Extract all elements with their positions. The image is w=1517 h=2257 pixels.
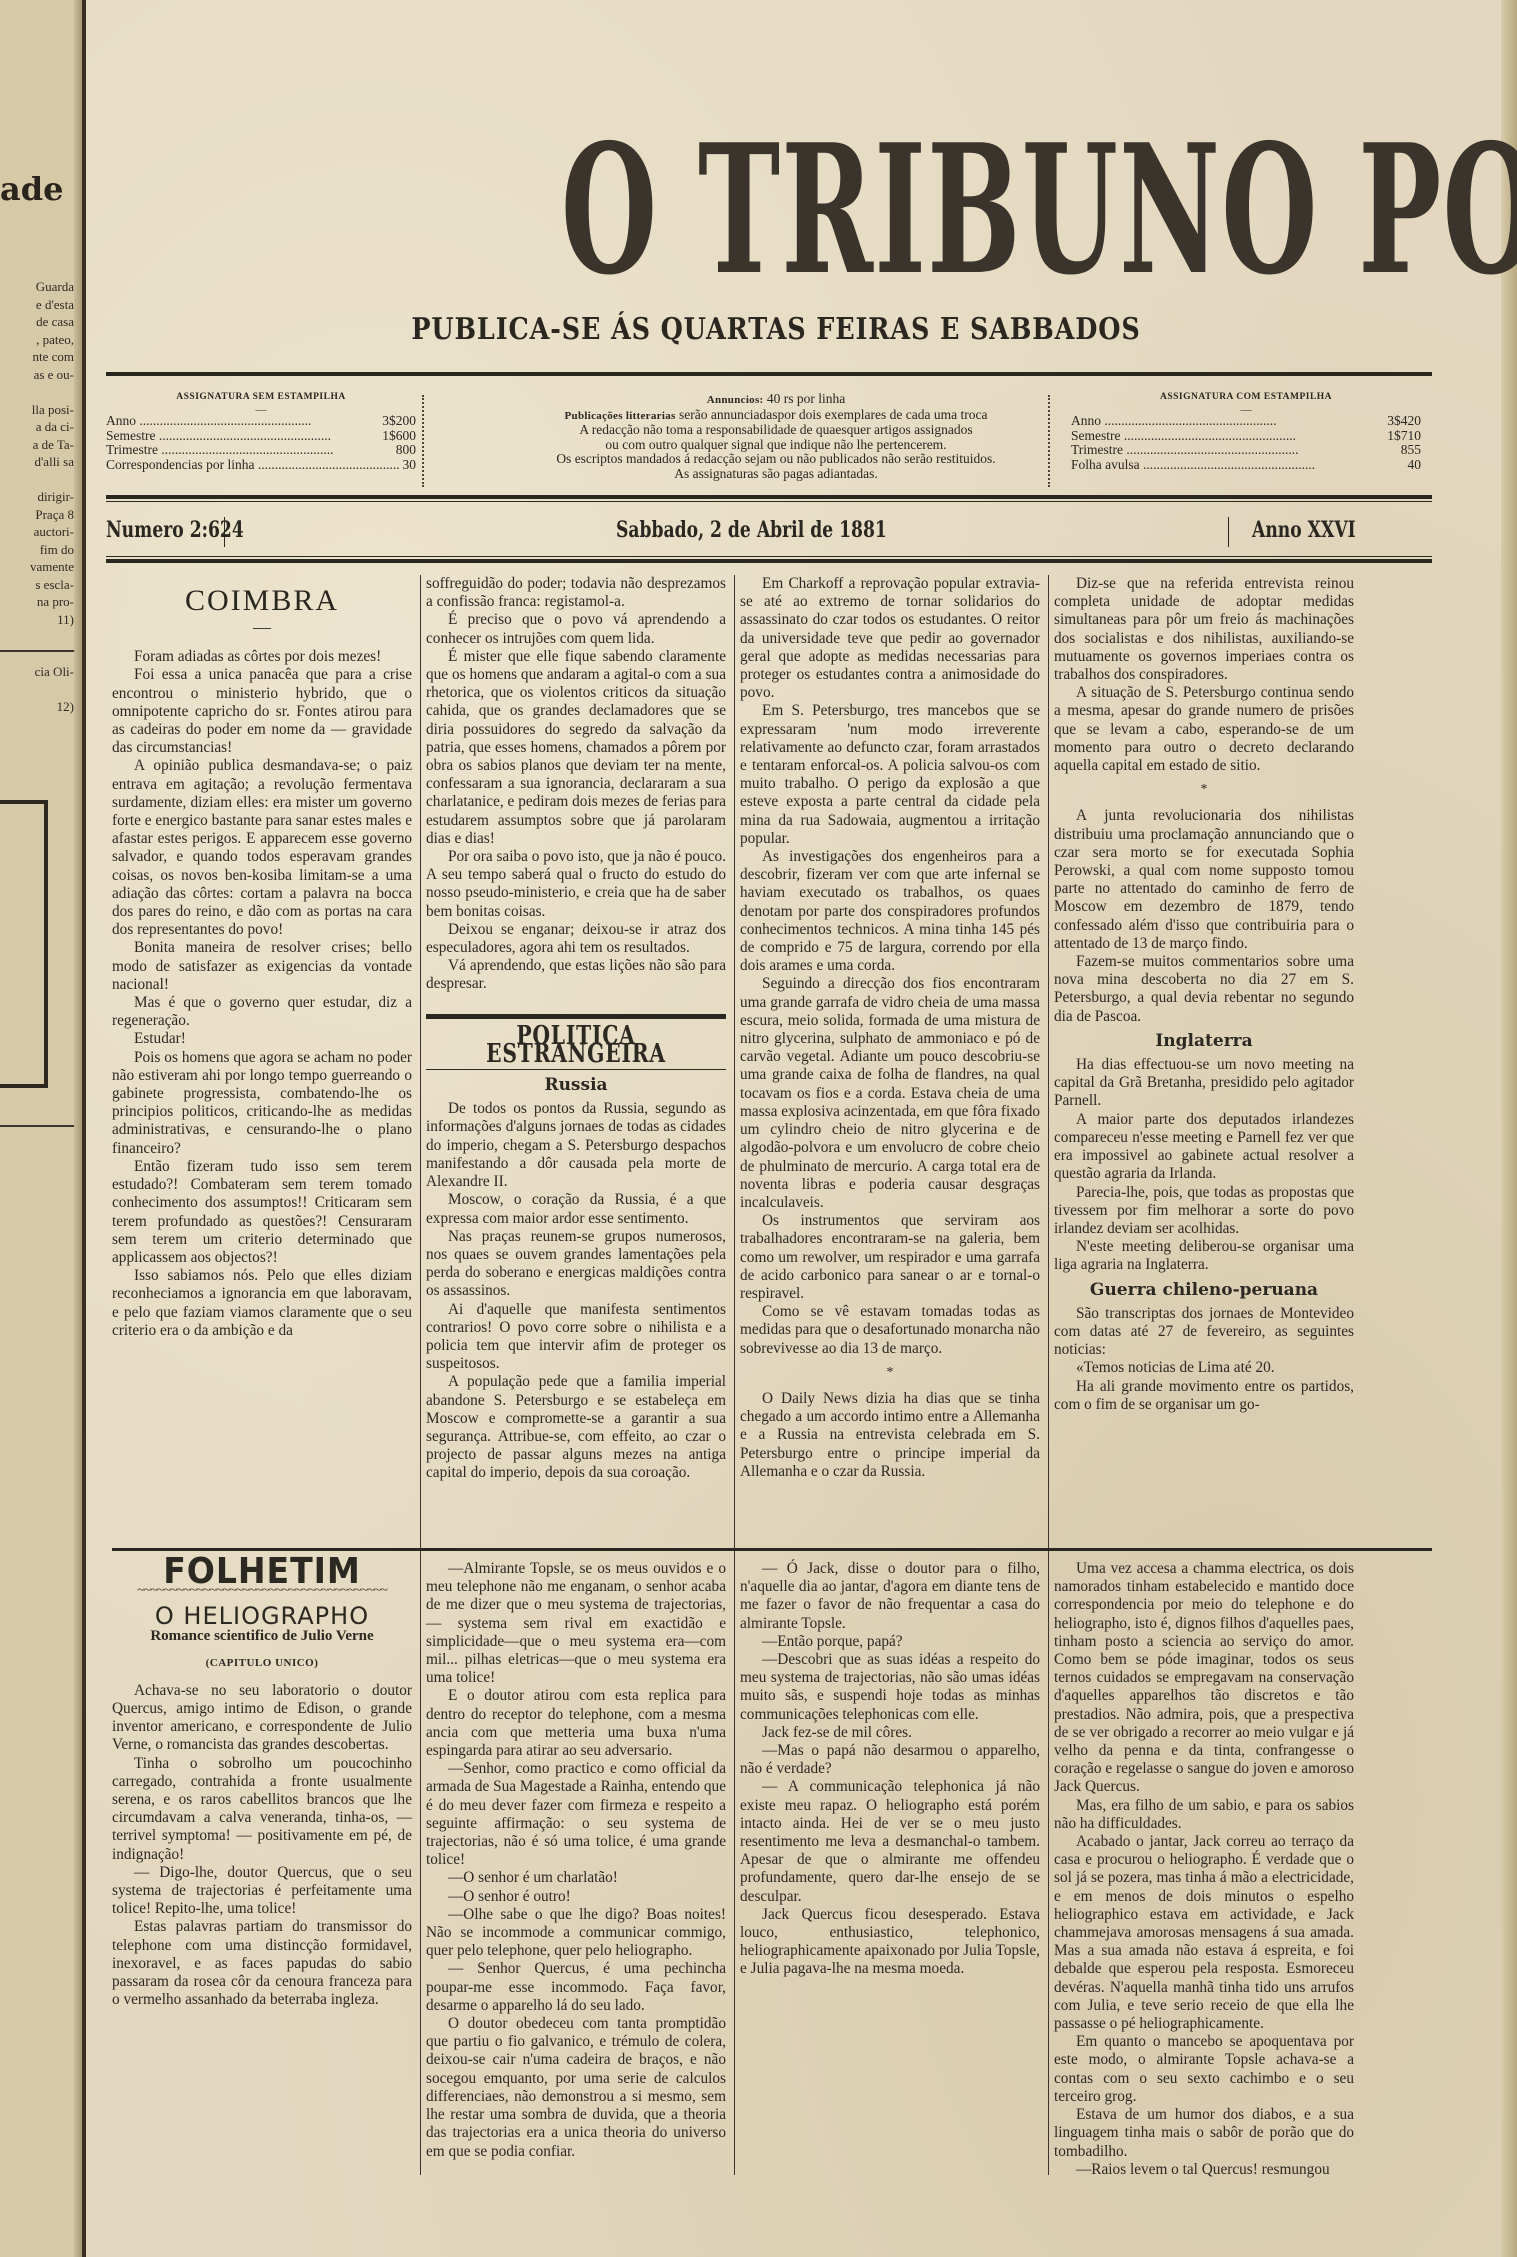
folhetim-column-1: FOLHETIM ~~~~~~~~~~~~~~~~~~~~~~~~~~~~~~~… — [112, 1555, 412, 2009]
terms-row-label: Folha avulsa — [1071, 458, 1404, 473]
paragraph: Seguindo a direcção dos fios encontraram… — [740, 975, 1040, 1212]
folhetim-column-2: —Almirante Topsle, se os meus ouvidos e … — [426, 1560, 726, 2161]
terms-notice-line: As assignaturas são pagas adiantadas. — [436, 467, 1116, 482]
paragraph: —O senhor é outro! — [426, 1888, 726, 1906]
paragraph: Por ora saiba o povo isto, que ja não é … — [426, 848, 726, 921]
previous-page-line: 11) — [0, 611, 74, 628]
paragraph: —Mas o papá não desarmou o apparelho, nã… — [740, 1742, 1040, 1778]
column-rule — [420, 575, 421, 2175]
column-3: Em Charkoff a reprovação popular extravi… — [740, 575, 1040, 1481]
column-4: Diz-se que na referida entrevista reinou… — [1054, 575, 1354, 1414]
previous-page-line: a de Ta- — [0, 436, 74, 453]
paragraph: Estava de um humor dos diabos, e a sua l… — [1054, 2106, 1354, 2161]
publication-schedule: PUBLICA-SE ÁS QUARTAS FEIRAS E SABBADOS — [224, 312, 1329, 347]
newspaper-page: O TRIBUNO POPULAR PUBLICA-SE ÁS QUARTAS … — [86, 0, 1517, 2257]
terms-row-label: Trimestre — [106, 443, 392, 458]
paragraph: Como se vê estavam tomadas todas as medi… — [740, 1303, 1040, 1358]
ads-rate: 40 rs por linha — [767, 391, 845, 406]
previous-page-line: dirigir- — [0, 488, 74, 505]
issue-bar: Numero 2:624 Sabbado, 2 de Abril de 1881… — [106, 505, 1432, 555]
paragraph: A população pede que a familia imperial … — [426, 1373, 726, 1482]
terms-row-value: 40 — [1404, 458, 1422, 473]
previous-page-line: e d'esta — [0, 296, 74, 313]
paragraph: São transcriptas dos jornaes de Montevid… — [1054, 1305, 1354, 1360]
terms-left-heading: ASSIGNATURA SEM ESTAMPILHA — [106, 392, 416, 402]
terms-row: Anno3$200 — [106, 414, 416, 429]
masthead-rule — [106, 372, 1432, 376]
paragraph: «Temos noticias de Lima até 20. — [1054, 1359, 1354, 1377]
previous-page-line: cia Oli- — [0, 663, 74, 680]
terms-divider — [1048, 395, 1056, 487]
previous-page-line: Guarda — [0, 278, 74, 295]
paragraph: —Almirante Topsle, se os meus ouvidos e … — [426, 1560, 726, 1687]
terms-row: Semestre1$600 — [106, 429, 416, 444]
paragraph: Moscow, o coração da Russia, é a que exp… — [426, 1191, 726, 1227]
paragraph: soffreguidão do poder; todavia não despr… — [426, 575, 726, 611]
paragraph: E o doutor atirou com esta replica para … — [426, 1687, 726, 1760]
paragraph: De todos os pontos da Russia, segundo as… — [426, 1100, 726, 1191]
terms-right-heading: ASSIGNATURA COM ESTAMPILHA — [1071, 392, 1421, 402]
previous-page-rule — [0, 650, 74, 652]
novel-title: O HELIOGRAPHO — [112, 1607, 412, 1625]
paragraph: — A communicação telephonica já não exis… — [740, 1778, 1040, 1905]
paragraph: Pois os homens que agora se acham no pod… — [112, 1049, 412, 1158]
paragraph: Vá aprendendo, que estas lições não são … — [426, 957, 726, 993]
terms-row-label: Trimestre — [1071, 443, 1397, 458]
paragraph: A maior parte dos deputados irlandezes c… — [1054, 1111, 1354, 1184]
chapter-label: (CAPITULO UNICO) — [112, 1654, 412, 1672]
paragraph: Estudar! — [112, 1030, 412, 1048]
paragraph: Ha ali grande movimento entre os partido… — [1054, 1378, 1354, 1414]
paragraph: A opinião publica desmandava-se; o paiz … — [112, 757, 412, 939]
paragraph: —O senhor é um charlatão! — [426, 1869, 726, 1887]
paragraph: Achava-se no seu laboratorio o doutor Qu… — [112, 1682, 412, 1755]
paragraph: É mister que elle fique sabendo claramen… — [426, 648, 726, 848]
paragraph: Em quanto o mancebo se apoquentava por e… — [1054, 2033, 1354, 2106]
terms-row-value: 1$710 — [1383, 429, 1421, 444]
terms-row: Trimestre855 — [1071, 443, 1421, 458]
paragraph: Em S. Petersburgo, tres mancebos que se … — [740, 702, 1040, 848]
paragraph: Uma vez accesa a chamma electrica, os do… — [1054, 1560, 1354, 1797]
terms-row-value: 800 — [392, 443, 416, 458]
terms-row-value: 3$420 — [1383, 414, 1421, 429]
terms-row-value: 855 — [1397, 443, 1421, 458]
terms-row-label: Anno — [1071, 414, 1383, 429]
previous-page-heading: ade — [0, 170, 63, 208]
paragraph: O doutor obedeceu com tanta promptidão q… — [426, 2015, 726, 2161]
paragraph: Então fizeram tudo isso sem terem estuda… — [112, 1158, 412, 1267]
newspaper-title: O TRIBUNO POPULAR — [561, 125, 1517, 295]
terms-row: Semestre1$710 — [1071, 429, 1421, 444]
previous-page-line: lla posi- — [0, 401, 74, 418]
paragraph: É preciso que o povo vá aprendendo a con… — [426, 611, 726, 647]
previous-page-line: fim do — [0, 541, 74, 558]
paragraph: — Digo-lhe, doutor Quercus, que o seu sy… — [112, 1864, 412, 1919]
paragraph: Os instrumentos que serviram aos trabalh… — [740, 1212, 1040, 1303]
paragraph: —Senhor, como practico e como official d… — [426, 1760, 726, 1869]
paragraph: Ai d'aquelle que manifesta sentimentos c… — [426, 1301, 726, 1374]
subscription-terms: ASSIGNATURA SEM ESTAMPILHA — Anno3$200Se… — [106, 392, 1432, 487]
previous-page-line: nte com — [0, 348, 74, 365]
terms-row-label: Semestre — [1071, 429, 1383, 444]
terms-notice-line: Os escriptos mandados á redacção sejam o… — [436, 452, 1116, 467]
paragraph: As investigações dos engenheiros para a … — [740, 848, 1040, 975]
terms-row-label: Semestre — [106, 429, 378, 444]
paragraph: Mas é que o governo quer estudar, diz a … — [112, 994, 412, 1030]
paragraph: Acabado o jantar, Jack correu ao terraço… — [1054, 1833, 1354, 2033]
terms-notice-line: ou com outro qualquer signal que indique… — [436, 438, 1116, 453]
paragraph: Jack Quercus ficou desesperado. Estava l… — [740, 1906, 1040, 1979]
issue-year: Anno XXVI — [1252, 517, 1356, 543]
page-edge — [1501, 0, 1517, 2257]
terms-divider — [422, 395, 430, 487]
terms-row-value: 3$200 — [378, 414, 416, 429]
previous-page-ad-box — [0, 800, 48, 1088]
previous-page-line: auctori- — [0, 523, 74, 540]
terms-row-label: Anno — [106, 414, 378, 429]
previous-page-line: Praça 8 — [0, 506, 74, 523]
paragraph: Em Charkoff a reprovação popular extravi… — [740, 575, 1040, 702]
paragraph: — Ó Jack, disse o doutor para o filho, n… — [740, 1560, 1040, 1633]
terms-row: Trimestre800 — [106, 443, 416, 458]
inglaterra-heading: Inglaterra — [1054, 1032, 1354, 1050]
previous-page-line: na pro- — [0, 593, 74, 610]
paragraph: —Descobri que as suas idéas a respeito d… — [740, 1651, 1040, 1724]
terms-notice-line: Publicações litterarias serão annunciada… — [436, 408, 1116, 424]
paragraph: —Olhe sabe o que lhe digo? Boas noites! … — [426, 1906, 726, 1961]
terms-advertising: Annuncios: 40 rs por linha Publicações l… — [436, 392, 1116, 481]
terms-row-label: Correspondencias por linha — [106, 458, 399, 473]
terms-notice-line: A redacção não toma a responsabilidade d… — [436, 423, 1116, 438]
paragraph: Estas palavras partiam do transmissor do… — [112, 1918, 412, 2009]
column-rule — [734, 575, 735, 2175]
column-rule — [1048, 575, 1049, 2175]
paragraph: Isso sabiamos nós. Pelo que elles diziam… — [112, 1267, 412, 1340]
page-fold — [74, 0, 82, 2257]
issue-date: Sabbado, 2 de Abril de 1881 — [616, 517, 887, 543]
novel-subtitle: Romance scientifico de Julio Verne — [112, 1627, 412, 1645]
terms-rule — [106, 501, 1432, 502]
guerra-heading: Guerra chileno-peruana — [1054, 1281, 1354, 1299]
issue-rule — [106, 556, 1432, 557]
terms-row-value: 1$600 — [378, 429, 416, 444]
paragraph: Foram adiadas as côrtes por dois mezes! — [112, 648, 412, 666]
issue-rule — [106, 559, 1432, 563]
previous-page-rule — [0, 1125, 74, 1127]
paragraph: Ha dias effectuou-se um novo meeting na … — [1054, 1056, 1354, 1111]
coimbra-heading: COIMBRA — [112, 592, 412, 610]
column-1: COIMBRA — Foram adiadas as côrtes por do… — [112, 580, 412, 1340]
previous-page-line: a da ci- — [0, 418, 74, 435]
terms-row: Folha avulsa40 — [1071, 458, 1421, 473]
column-2: soffreguidão do poder; todavia não despr… — [426, 575, 726, 1483]
paragraph: Fazem-se muitos commentarios sobre uma n… — [1054, 953, 1354, 1026]
paragraph: —Então porque, papá? — [740, 1633, 1040, 1651]
ads-label: Annuncios: — [707, 394, 764, 406]
paragraph: Deixou se enganar; deixou-se ir atraz do… — [426, 921, 726, 957]
previous-page-line: , pateo, — [0, 331, 74, 348]
folhetim-column-3: — Ó Jack, disse o doutor para o filho, n… — [740, 1560, 1040, 1979]
folhetim-column-4: Uma vez accesa a chamma electrica, os do… — [1054, 1560, 1354, 2179]
politica-heading: POLITICA ESTRANGEIRA — [459, 1027, 693, 1063]
previous-page-line: as e ou- — [0, 366, 74, 383]
paragraph: Parecia-lhe, pois, que todas as proposta… — [1054, 1184, 1354, 1239]
paragraph: A situação de S. Petersburgo continua se… — [1054, 684, 1354, 775]
previous-page-line: vamente — [0, 558, 74, 575]
paragraph: Bonita maneira de resolver crises; bello… — [112, 939, 412, 994]
terms-with-stamp: ASSIGNATURA COM ESTAMPILHA — Anno3$420Se… — [1071, 392, 1421, 472]
terms-rule — [106, 495, 1432, 499]
masthead: O TRIBUNO POPULAR — [126, 125, 1456, 295]
paragraph: Nas praças reunem-se grupos numerosos, n… — [426, 1228, 726, 1301]
paragraph: Mas, era filho de um sabio, e para os sa… — [1054, 1797, 1354, 1833]
previous-page-strip: ade Guardae d'estade casa, pateo,nte com… — [0, 0, 82, 2257]
paragraph: Jack fez-se de mil côres. — [740, 1724, 1040, 1742]
paragraph: O Daily News dizia ha dias que se tinha … — [740, 1390, 1040, 1481]
terms-row: Anno3$420 — [1071, 414, 1421, 429]
previous-page-line: d'alli sa — [0, 453, 74, 470]
paragraph: A junta revolucionaria dos nihilistas di… — [1054, 807, 1354, 953]
paragraph: Foi essa a unica panacêa que para a cris… — [112, 666, 412, 757]
paragraph: N'este meeting deliberou-se organisar um… — [1054, 1238, 1354, 1274]
previous-page-line: de casa — [0, 313, 74, 330]
paragraph: Diz-se que na referida entrevista reinou… — [1054, 575, 1354, 684]
terms-without-stamp: ASSIGNATURA SEM ESTAMPILHA — Anno3$200Se… — [106, 392, 416, 472]
terms-row: Correspondencias por linha30 — [106, 458, 416, 473]
folhetim-heading: FOLHETIM — [124, 1563, 400, 1581]
previous-page-line: 12) — [0, 698, 74, 715]
previous-page-line: s escla- — [0, 576, 74, 593]
terms-row-value: 30 — [399, 458, 417, 473]
paragraph: — Senhor Quercus, é uma pechincha poupar… — [426, 1960, 726, 2015]
paragraph: —Raios levem o tal Quercus! resmungou — [1054, 2161, 1354, 2179]
russia-heading: Russia — [426, 1076, 726, 1094]
paragraph: Tinha o sobrolho um poucochinho carregad… — [112, 1755, 412, 1864]
